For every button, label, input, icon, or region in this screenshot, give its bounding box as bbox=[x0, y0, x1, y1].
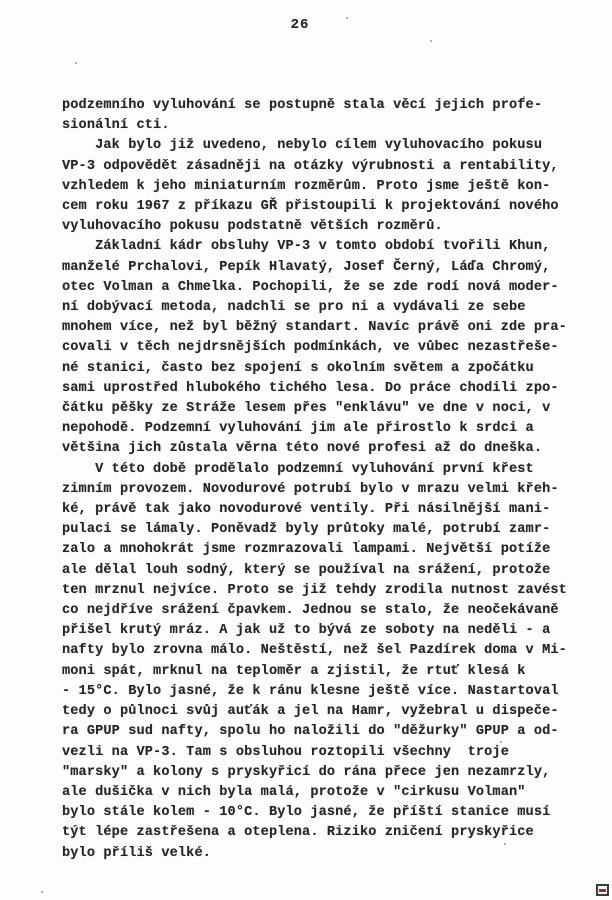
text-line: ní dobývací metoda, nadchli se pro ni a … bbox=[62, 298, 570, 318]
page-number: 26 bbox=[0, 17, 600, 33]
scanned-document-page: 26 podzemního vyluhování se postupně sta… bbox=[0, 0, 612, 900]
text-line: zalo a mnohokrát jsme rozmrazovali lampa… bbox=[62, 540, 570, 560]
text-line: manželé Prchalovi, Pepík Hlavatý, Josef … bbox=[62, 258, 570, 278]
text-line: zimním provozem. Novodurové potrubí bylo… bbox=[62, 480, 570, 500]
text-line: Jak bylo již uvedeno, nebylo cílem vyluh… bbox=[62, 136, 570, 156]
text-line: vezli na VP-3. Tam s obsluhou roztopili … bbox=[62, 743, 570, 763]
scan-speck bbox=[41, 891, 43, 893]
text-line: né stanici, často bez spojení s okolním … bbox=[62, 359, 570, 379]
text-line: podzemního vyluhování se postupně stala … bbox=[62, 96, 570, 116]
text-line: sionální cti. bbox=[62, 116, 570, 136]
text-line: ra GPUP sud nafty, spolu ho naložili do … bbox=[62, 722, 570, 742]
document-text: podzemního vyluhování se postupně stala … bbox=[62, 96, 570, 864]
text-line: mnohem více, než byl běžný standart. Nav… bbox=[62, 318, 570, 338]
scan-speck bbox=[504, 843, 506, 845]
text-line: čátku pěšky ze Stráže lesem přes "enkláv… bbox=[62, 399, 570, 419]
scan-speck bbox=[500, 741, 502, 743]
text-line: cem roku 1967 z příkazu GŘ přistoupili k… bbox=[62, 197, 570, 217]
text-line: bylo stále kolem - 10°C. Bylo jasné, že … bbox=[62, 803, 570, 823]
text-line: VP-3 odpovědět zásadněji na otázky výrub… bbox=[62, 157, 570, 177]
text-line: "marsky" a kolony s pryskyřicí do rána p… bbox=[62, 763, 570, 783]
text-line: - 15°C. Bylo jasné, že k ránu klesne ješ… bbox=[62, 682, 570, 702]
text-line: tedy o půlnoci svůj auťák a jel na Hamr,… bbox=[62, 702, 570, 722]
text-line: vyluhovacího pokusu podstatně větších ro… bbox=[62, 217, 570, 237]
minus-box-icon[interactable] bbox=[596, 884, 609, 896]
text-line: sami uprostřed hlubokého tichého lesa. D… bbox=[62, 379, 570, 399]
text-line: nafty bylo zrovna málo. Neštěstí, než še… bbox=[62, 641, 570, 661]
text-line: otec Volman a Chmelka. Pochopili, že se … bbox=[62, 278, 570, 298]
scan-speck bbox=[430, 40, 432, 42]
text-line: V této době prodělalo podzemní vyluhován… bbox=[62, 460, 570, 480]
scan-speck bbox=[523, 96, 525, 98]
text-line: ale dělal louh sodný, který se používal … bbox=[62, 561, 570, 581]
text-line: ten mrznul nejvíce. Proto se již tehdy z… bbox=[62, 581, 570, 601]
text-line: moni spát, mrknul na teploměr a zjistil,… bbox=[62, 662, 570, 682]
text-line: přišel krutý mráz. A jak už to bývá ze s… bbox=[62, 621, 570, 641]
text-line: týt lépe zastřešena a oteplena. Riziko z… bbox=[62, 823, 570, 843]
text-line: Základní kádr obsluhy VP-3 v tomto obdob… bbox=[62, 237, 570, 257]
text-line: ale dušička v nich byla malá, protože v … bbox=[62, 783, 570, 803]
scan-speck bbox=[75, 62, 77, 64]
text-line: bylo příliš velké. bbox=[62, 844, 570, 864]
minus-bar bbox=[599, 889, 606, 892]
text-line: většina jich zůstala věrna této nové pro… bbox=[62, 439, 570, 459]
text-line: covali v těch nejdrsnějších podmínkách, … bbox=[62, 338, 570, 358]
text-line: nepohodě. Podzemní vyluhování jim ale př… bbox=[62, 419, 570, 439]
text-line: ké, právě tak jako novodurové ventily. P… bbox=[62, 500, 570, 520]
scan-speck bbox=[346, 17, 348, 19]
text-line: vzhledem k jeho miniaturním rozměrům. Pr… bbox=[62, 177, 570, 197]
scan-speck bbox=[358, 540, 360, 542]
text-line: pulaci se lámaly. Poněvadž byly průtoky … bbox=[62, 520, 570, 540]
text-line: co nejdříve srážení čpavkem. Jednou se s… bbox=[62, 601, 570, 621]
